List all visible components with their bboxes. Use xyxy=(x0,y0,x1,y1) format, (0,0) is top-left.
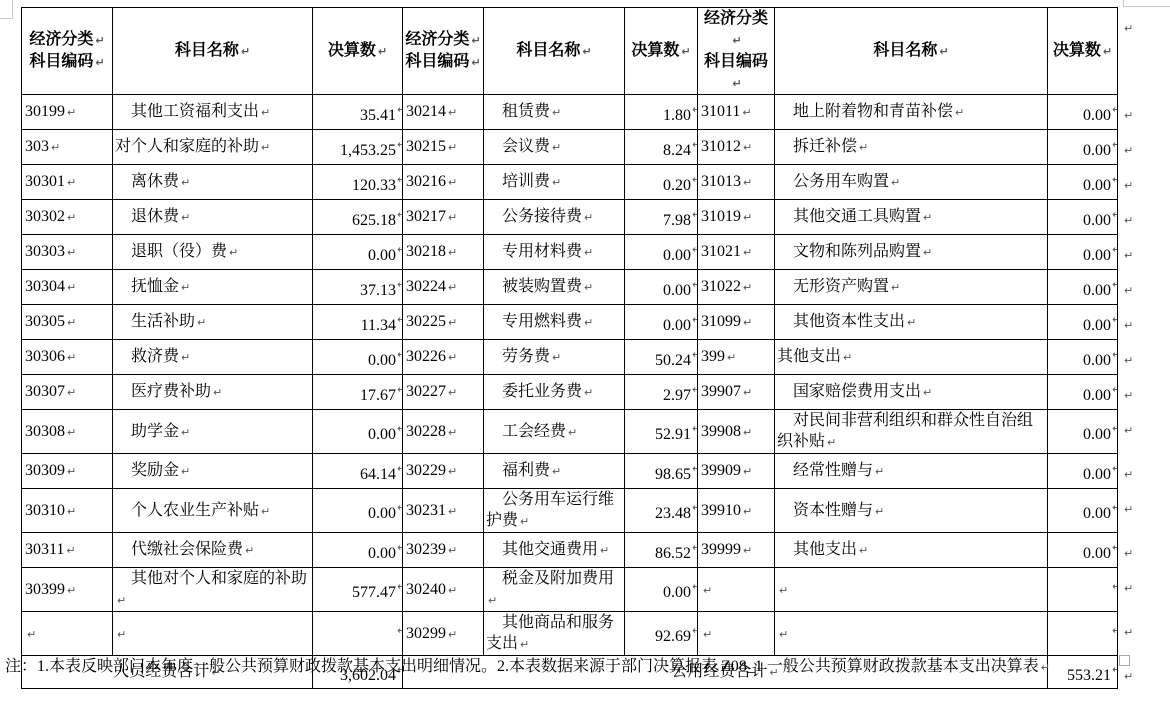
amount-cell[interactable]: 0.00↵ xyxy=(1048,533,1118,568)
subject-name: 会议费 xyxy=(502,138,550,155)
amount-cell[interactable]: 0.00↵ xyxy=(1048,200,1118,235)
subject-name-cell[interactable]: 其他商品和服务支出↵ xyxy=(484,612,625,656)
code-cell[interactable]: 30299↵ xyxy=(403,612,484,656)
name-header-label: 科目名称 xyxy=(873,42,937,59)
subject-name-cell[interactable]: 拆迁补偿↵ xyxy=(775,130,1048,165)
amount-cell[interactable]: 0.00↵ xyxy=(1048,489,1118,533)
paragraph-mark-icon: ↵ xyxy=(448,211,457,224)
code-value: 399 xyxy=(701,348,725,365)
paragraph-mark-icon: ↵ xyxy=(743,211,752,224)
code-value: 31021 xyxy=(701,243,741,260)
paragraph-mark-icon: ↵ xyxy=(1112,497,1117,518)
name-header[interactable]: 科目名称↵ xyxy=(113,8,313,95)
paragraph-mark-icon: ↵ xyxy=(1124,319,1133,332)
amount-value: 50.24 xyxy=(655,352,691,369)
subject-name: 公务接待费 xyxy=(502,208,582,225)
paragraph-mark-icon: ↵ xyxy=(1124,354,1133,367)
amount-value: 625.18 xyxy=(352,212,396,229)
paragraph-mark-icon: ↵ xyxy=(743,141,752,154)
subject-name-cell[interactable]: 培训费↵ xyxy=(484,165,625,200)
subject-name-cell[interactable]: 救济费↵ xyxy=(113,340,313,375)
subject-name-cell[interactable]: 其他支出↵ xyxy=(775,340,1048,375)
amount-cell[interactable]: 0.00↵ xyxy=(1048,340,1118,375)
code-cell[interactable]: 30308↵ xyxy=(22,410,113,454)
code-value: 30306 xyxy=(25,348,65,365)
code-cell[interactable]: 30224↵ xyxy=(403,270,484,305)
subject-name-cell[interactable]: 无形资产购置↵ xyxy=(775,270,1048,305)
paragraph-mark-icon: ↵ xyxy=(448,426,457,439)
code-header[interactable]: 经济分类↵科目编码↵ xyxy=(22,8,113,95)
code-cell[interactable]: 31019↵ xyxy=(698,200,775,235)
paragraph-mark-icon: ↵ xyxy=(67,176,76,189)
paragraph-mark-icon: ↵ xyxy=(397,134,402,155)
paragraph-mark-icon: ↵ xyxy=(923,246,932,259)
amount-cell[interactable]: 37.13↵ xyxy=(313,270,403,305)
subject-name: 生活补助 xyxy=(131,313,195,330)
amount-cell[interactable]: 0.00↵ xyxy=(1048,130,1118,165)
amount-cell[interactable]: 0.00↵ xyxy=(313,533,403,568)
subject-name: 劳务费 xyxy=(502,348,550,365)
subject-name-cell[interactable]: 抚恤金↵ xyxy=(113,270,313,305)
amount-value: 11.34 xyxy=(361,317,396,334)
amount-cell[interactable]: ↵ xyxy=(313,612,403,656)
subject-name: 其他工资福利支出 xyxy=(131,103,259,120)
subject-name: 离休费 xyxy=(131,173,179,190)
subject-name: 专用材料费 xyxy=(502,243,582,260)
amount-value: 0.00 xyxy=(1083,387,1111,404)
code-cell[interactable]: 30310↵ xyxy=(22,489,113,533)
amount-cell[interactable]: ↵ xyxy=(1048,568,1118,612)
code-cell[interactable]: 31013↵ xyxy=(698,165,775,200)
subject-name-cell[interactable]: 离休费↵ xyxy=(113,165,313,200)
amount-cell[interactable]: 1,453.25↵ xyxy=(313,130,403,165)
code-value: 39999 xyxy=(701,541,741,558)
table-resize-handle[interactable] xyxy=(1119,655,1130,666)
subject-name-cell[interactable]: 其他工资福利支出↵ xyxy=(113,95,313,130)
paragraph-mark-icon: ↵ xyxy=(584,386,593,399)
header-row: 经济分类↵科目编码↵科目名称↵决算数↵经济分类↵科目编码↵科目名称↵决算数↵经济… xyxy=(22,8,1162,95)
subject-name: 个人农业生产补贴 xyxy=(131,502,259,519)
code-cell[interactable]: 31012↵ xyxy=(698,130,775,165)
code-cell[interactable]: 39999↵ xyxy=(698,533,775,568)
paragraph-mark-icon: ↵ xyxy=(448,544,457,557)
subject-name-cell[interactable]: ↵ xyxy=(775,568,1048,612)
name-header[interactable]: 科目名称↵ xyxy=(484,8,625,95)
code-value: 31011 xyxy=(701,103,740,120)
table-row: 30311↵代缴社会保险费↵0.00↵30239↵其他交通费用↵86.52↵39… xyxy=(22,533,1162,568)
amount-header[interactable]: 决算数↵ xyxy=(1048,8,1118,95)
subject-name-cell[interactable]: 国家赔偿费用支出↵ xyxy=(775,375,1048,410)
amount-value: 0.00 xyxy=(663,317,691,334)
subject-name-cell[interactable]: 其他支出↵ xyxy=(775,533,1048,568)
paragraph-mark-icon: ↵ xyxy=(727,351,736,364)
code-cell[interactable]: 30217↵ xyxy=(403,200,484,235)
subject-name: 代缴社会保险费 xyxy=(131,541,243,558)
paragraph-mark-icon: ↵ xyxy=(229,246,238,259)
row-end-mark: ↵ xyxy=(1118,612,1162,656)
paragraph-mark-icon: ↵ xyxy=(397,497,402,518)
code-cell[interactable]: 30302↵ xyxy=(22,200,113,235)
subject-name-cell[interactable]: 公务接待费↵ xyxy=(484,200,625,235)
code-cell[interactable]: 30225↵ xyxy=(403,305,484,340)
amount-value: 577.47 xyxy=(352,584,396,601)
code-value: 30216 xyxy=(406,173,446,190)
subject-name-cell[interactable]: 其他交通工具购置↵ xyxy=(775,200,1048,235)
amount-cell[interactable]: ↵ xyxy=(1048,612,1118,656)
paragraph-mark-icon: ↵ xyxy=(488,594,497,607)
paragraph-mark-icon: ↵ xyxy=(378,45,387,58)
paragraph-mark-icon: ↵ xyxy=(732,77,741,90)
amount-value: 0.00 xyxy=(368,352,396,369)
subject-name-cell[interactable]: 专用燃料费↵ xyxy=(484,305,625,340)
code-cell[interactable]: 30214↵ xyxy=(403,95,484,130)
paragraph-mark-icon: ↵ xyxy=(471,56,480,69)
paragraph-mark-icon: ↵ xyxy=(51,141,60,154)
amount-cell[interactable]: 8.24↵ xyxy=(625,130,698,165)
row-end-mark: ↵ xyxy=(1118,533,1162,568)
paragraph-mark-icon: ↵ xyxy=(520,515,529,528)
paragraph-mark-icon: ↵ xyxy=(397,537,402,558)
code-cell[interactable]: 39908↵ xyxy=(698,410,775,454)
code-cell[interactable]: 31021↵ xyxy=(698,235,775,270)
subject-name-cell[interactable]: 专用材料费↵ xyxy=(484,235,625,270)
paragraph-mark-icon: ↵ xyxy=(584,316,593,329)
amount-value: 0.00 xyxy=(663,584,691,601)
subject-name-cell[interactable]: 租赁费↵ xyxy=(484,95,625,130)
table-row: 30305↵生活补助↵11.34↵30225↵专用燃料费↵0.00↵31099↵… xyxy=(22,305,1162,340)
paragraph-mark-icon: ↵ xyxy=(584,281,593,294)
paragraph-mark-icon: ↵ xyxy=(448,351,457,364)
subject-name-cell[interactable]: ↵ xyxy=(775,612,1048,656)
code-cell[interactable]: 31022↵ xyxy=(698,270,775,305)
code-cell[interactable]: ↵ xyxy=(698,612,775,656)
code-value: 30311 xyxy=(25,541,64,558)
paragraph-mark-icon: ↵ xyxy=(448,281,457,294)
paragraph-mark-icon: ↵ xyxy=(692,134,697,155)
name-header-label: 科目名称 xyxy=(175,42,239,59)
paragraph-mark-icon: ↵ xyxy=(27,628,36,641)
code-cell[interactable]: 30199↵ xyxy=(22,95,113,130)
subject-name: 培训费 xyxy=(502,173,550,190)
row-end-mark: ↵ xyxy=(1118,568,1162,612)
paragraph-mark-icon: ↵ xyxy=(1124,214,1133,227)
amount-cell[interactable]: 0.00↵ xyxy=(313,410,403,454)
paragraph-mark-icon: ↵ xyxy=(600,544,609,557)
paragraph-mark-icon: ↵ xyxy=(692,497,697,518)
subject-name-cell[interactable]: 会议费↵ xyxy=(484,130,625,165)
subject-name-cell[interactable]: 公务用车运行维护费↵ xyxy=(484,489,625,533)
amount-cell[interactable]: 0.00↵ xyxy=(625,235,698,270)
amount-cell[interactable]: 0.00↵ xyxy=(1048,235,1118,270)
subject-name-cell[interactable]: 退职（役）费↵ xyxy=(113,235,313,270)
amount-value: 0.00 xyxy=(1083,107,1111,124)
amount-value: 0.00 xyxy=(1083,212,1111,229)
subject-name-cell[interactable]: 福利费↵ xyxy=(484,454,625,489)
row-end-mark: ↵ xyxy=(1118,200,1162,235)
amount-cell[interactable]: 0.00↵ xyxy=(625,305,698,340)
amount-cell[interactable]: 625.18↵ xyxy=(313,200,403,235)
paragraph-mark-icon: ↵ xyxy=(66,544,75,557)
amount-cell[interactable]: 98.65↵ xyxy=(625,454,698,489)
note-text[interactable]: 注：1.本表反映部门本年度一般公共预算财政拨款基本支出明细情况。2.本表数据来源… xyxy=(5,657,1050,678)
paragraph-mark-icon: ↵ xyxy=(397,99,402,120)
code-header-line: 经济分类 xyxy=(704,10,768,27)
amount-cell[interactable]: 0.00↵ xyxy=(1048,454,1118,489)
code-value: 31099 xyxy=(701,313,741,330)
amount-value: 1.80 xyxy=(663,107,691,124)
subject-name-cell[interactable]: 奖励金↵ xyxy=(113,454,313,489)
subject-name-cell[interactable]: 其他交通费用↵ xyxy=(484,533,625,568)
amount-cell[interactable]: 0.00↵ xyxy=(313,489,403,533)
paragraph-mark-icon: ↵ xyxy=(448,246,457,259)
amount-cell[interactable]: 0.00↵ xyxy=(625,270,698,305)
subject-name: 对个人和家庭的补助 xyxy=(115,138,259,155)
subject-name-cell[interactable]: 工会经费↵ xyxy=(484,410,625,454)
amount-value: 7.98 xyxy=(663,212,691,229)
table-row: 30301↵离休费↵120.33↵30216↵培训费↵0.20↵31013↵公务… xyxy=(22,165,1162,200)
code-value: 39908 xyxy=(701,423,741,440)
amount-value: 64.14 xyxy=(360,466,396,483)
paragraph-mark-icon: ↵ xyxy=(1112,659,1117,680)
amount-value: 0.00 xyxy=(663,282,691,299)
paragraph-mark-icon: ↵ xyxy=(1124,468,1133,481)
subject-name-cell[interactable]: 文物和陈列品购置↵ xyxy=(775,235,1048,270)
amount-cell[interactable]: 50.24↵ xyxy=(625,340,698,375)
subject-name: 其他对个人和家庭的补助 xyxy=(131,570,307,587)
paragraph-mark-icon: ↵ xyxy=(67,584,76,597)
subject-name: 国家赔偿费用支出 xyxy=(793,383,921,400)
paragraph-mark-icon: ↵ xyxy=(197,316,206,329)
code-cell[interactable]: 30305↵ xyxy=(22,305,113,340)
code-cell[interactable]: 30399↵ xyxy=(22,568,113,612)
code-cell[interactable]: 39910↵ xyxy=(698,489,775,533)
code-cell[interactable]: 39907↵ xyxy=(698,375,775,410)
amount-cell[interactable]: 0.00↵ xyxy=(313,340,403,375)
amount-value: 0.00 xyxy=(1083,466,1111,483)
amount-header[interactable]: 决算数↵ xyxy=(625,8,698,95)
amount-cell[interactable]: 64.14↵ xyxy=(313,454,403,489)
amount-cell[interactable]: 0.00↵ xyxy=(313,235,403,270)
code-cell[interactable]: 30304↵ xyxy=(22,270,113,305)
code-value: 30307 xyxy=(25,383,65,400)
code-cell[interactable]: 30311↵ xyxy=(22,533,113,568)
subject-name-cell[interactable]: 医疗费补助↵ xyxy=(113,375,313,410)
paragraph-mark-icon: ↵ xyxy=(245,544,254,557)
paragraph-mark-icon: ↵ xyxy=(923,211,932,224)
subject-name: 经常性赠与 xyxy=(793,462,873,479)
code-value: 30215 xyxy=(406,138,446,155)
subject-name-cell[interactable]: 被装购置费↵ xyxy=(484,270,625,305)
amount-value: 98.65 xyxy=(655,466,691,483)
code-header[interactable]: 经济分类↵科目编码↵ xyxy=(698,8,775,95)
code-value: 30303 xyxy=(25,243,65,260)
subject-name: 其他商品和服务支出 xyxy=(486,614,614,652)
code-cell[interactable]: 30215↵ xyxy=(403,130,484,165)
amount-cell[interactable]: 2.97↵ xyxy=(625,375,698,410)
paragraph-mark-icon: ↵ xyxy=(692,458,697,479)
paragraph-mark-icon: ↵ xyxy=(1112,169,1117,190)
code-cell[interactable]: 30307↵ xyxy=(22,375,113,410)
paragraph-mark-icon: ↵ xyxy=(552,106,561,119)
amount-value: 0.20 xyxy=(663,177,691,194)
paragraph-mark-icon: ↵ xyxy=(692,239,697,260)
code-header-line: 经济分类 xyxy=(405,31,469,48)
subject-name: 其他资本性支出 xyxy=(793,313,905,330)
amount-value: 0.00 xyxy=(663,247,691,264)
code-cell[interactable]: 30229↵ xyxy=(403,454,484,489)
code-cell[interactable]: 31011↵ xyxy=(698,95,775,130)
amount-cell[interactable]: 0.00↵ xyxy=(1048,270,1118,305)
code-cell[interactable]: 31099↵ xyxy=(698,305,775,340)
amount-cell[interactable]: 23.48↵ xyxy=(625,489,698,533)
paragraph-mark-icon: ↵ xyxy=(181,211,190,224)
amount-header[interactable]: 决算数↵ xyxy=(313,8,403,95)
code-cell[interactable]: 30231↵ xyxy=(403,489,484,533)
name-header[interactable]: 科目名称↵ xyxy=(775,8,1048,95)
amount-value: 86.52 xyxy=(655,545,691,562)
code-cell[interactable]: 30301↵ xyxy=(22,165,113,200)
amount-value: 0.00 xyxy=(1083,317,1111,334)
paragraph-mark-icon: ↵ xyxy=(1112,344,1117,365)
paragraph-mark-icon: ↵ xyxy=(1124,503,1133,516)
amount-cell[interactable]: 0.00↵ xyxy=(1048,305,1118,340)
code-value: 30240 xyxy=(406,581,446,598)
amount-cell[interactable]: 17.67↵ xyxy=(313,375,403,410)
code-cell[interactable]: 30216↵ xyxy=(403,165,484,200)
paragraph-mark-icon: ↵ xyxy=(681,45,690,58)
code-cell[interactable]: 30228↵ xyxy=(403,410,484,454)
subject-name-cell[interactable]: 劳务费↵ xyxy=(484,340,625,375)
amount-cell[interactable]: 0.20↵ xyxy=(625,165,698,200)
paragraph-mark-icon: ↵ xyxy=(117,594,126,607)
amount-cell[interactable]: 0.00↵ xyxy=(625,568,698,612)
subject-name: 资本性赠与 xyxy=(793,502,873,519)
subject-name: 抚恤金 xyxy=(131,278,179,295)
amount-value: 92.69 xyxy=(655,628,691,645)
code-cell[interactable]: 30303↵ xyxy=(22,235,113,270)
subject-name-cell[interactable]: 助学金↵ xyxy=(113,410,313,454)
public-total-amount-cell[interactable]: 553.21↵ xyxy=(1048,656,1118,689)
code-cell[interactable]: 39909↵ xyxy=(698,454,775,489)
subject-name-cell[interactable]: 对个人和家庭的补助↵ xyxy=(113,130,313,165)
subject-name: 对民间非营利组织和群众性自治组织补贴 xyxy=(777,412,1033,450)
amount-cell[interactable]: 120.33↵ xyxy=(313,165,403,200)
paragraph-mark-icon: ↵ xyxy=(397,620,402,641)
code-cell[interactable]: 30239↵ xyxy=(403,533,484,568)
subject-name: 退职（役）费 xyxy=(131,243,227,260)
paragraph-mark-icon: ↵ xyxy=(742,106,751,119)
subject-name-cell[interactable]: 生活补助↵ xyxy=(113,305,313,340)
code-value: 30299 xyxy=(406,625,446,642)
subject-name-cell[interactable]: 代缴社会保险费↵ xyxy=(113,533,313,568)
amount-cell[interactable]: 0.00↵ xyxy=(1048,375,1118,410)
subject-name-cell[interactable]: 委托业务费↵ xyxy=(484,375,625,410)
code-cell[interactable]: 30309↵ xyxy=(22,454,113,489)
amount-cell[interactable]: 7.98↵ xyxy=(625,200,698,235)
subject-name-cell[interactable]: ↵ xyxy=(113,612,313,656)
subject-name-cell[interactable]: 个人农业生产补贴↵ xyxy=(113,489,313,533)
paragraph-mark-icon: ↵ xyxy=(67,106,76,119)
paragraph-mark-icon: ↵ xyxy=(743,176,752,189)
paragraph-mark-icon: ↵ xyxy=(692,169,697,190)
code-cell[interactable]: 30218↵ xyxy=(403,235,484,270)
subject-name-cell[interactable]: 资本性赠与↵ xyxy=(775,489,1048,533)
code-cell[interactable]: 30227↵ xyxy=(403,375,484,410)
paragraph-mark-icon: ↵ xyxy=(692,537,697,558)
subject-name-cell[interactable]: 经常性赠与↵ xyxy=(775,454,1048,489)
code-cell[interactable]: 30306↵ xyxy=(22,340,113,375)
paragraph-mark-icon: ↵ xyxy=(743,281,752,294)
row-end-mark: ↵ xyxy=(1118,270,1162,305)
paragraph-mark-icon: ↵ xyxy=(241,45,250,58)
subject-name-cell[interactable]: 其他资本性支出↵ xyxy=(775,305,1048,340)
paragraph-mark-icon: ↵ xyxy=(703,628,712,641)
code-cell[interactable]: 303↵ xyxy=(22,130,113,165)
code-cell[interactable]: 30226↵ xyxy=(403,340,484,375)
paragraph-mark-icon: ↵ xyxy=(939,45,948,58)
table-row: 303↵对个人和家庭的补助↵1,453.25↵30215↵会议费↵8.24↵31… xyxy=(22,130,1162,165)
subject-name-cell[interactable]: 税金及附加费用↵ xyxy=(484,568,625,612)
paragraph-mark-icon: ↵ xyxy=(1124,424,1133,437)
subject-name: 拆迁补偿 xyxy=(793,138,857,155)
code-cell[interactable]: ↵ xyxy=(698,568,775,612)
code-value: 30239 xyxy=(406,541,446,558)
paragraph-mark-icon: ↵ xyxy=(692,99,697,120)
amount-cell[interactable]: 92.69↵ xyxy=(625,612,698,656)
code-value: 30227 xyxy=(406,383,446,400)
amount-cell[interactable]: 0.00↵ xyxy=(1048,95,1118,130)
paragraph-mark-icon: ↵ xyxy=(1124,249,1133,262)
paragraph-mark-icon: ↵ xyxy=(181,281,190,294)
paragraph-mark-icon: ↵ xyxy=(1124,670,1133,683)
subject-name-cell[interactable]: 公务用车购置↵ xyxy=(775,165,1048,200)
code-header[interactable]: 经济分类↵科目编码↵ xyxy=(403,8,484,95)
code-cell[interactable]: 30240↵ xyxy=(403,568,484,612)
code-value: 30224 xyxy=(406,278,446,295)
amount-cell[interactable]: 11.34↵ xyxy=(313,305,403,340)
amount-cell[interactable]: 35.41↵ xyxy=(313,95,403,130)
paragraph-mark-icon: ↵ xyxy=(743,386,752,399)
table-row: 30303↵退职（役）费↵0.00↵30218↵专用材料费↵0.00↵31021… xyxy=(22,235,1162,270)
code-cell[interactable]: 399↵ xyxy=(698,340,775,375)
paragraph-mark-icon: ↵ xyxy=(1124,389,1133,402)
subject-name-cell[interactable]: 其他对个人和家庭的补助↵ xyxy=(113,568,313,612)
amount-cell[interactable]: 52.91↵ xyxy=(625,410,698,454)
paragraph-mark-icon: ↵ xyxy=(907,316,916,329)
paragraph-mark-icon: ↵ xyxy=(923,386,932,399)
subject-name-cell[interactable]: 退休费↵ xyxy=(113,200,313,235)
paragraph-mark-icon: ↵ xyxy=(397,204,402,225)
amount-value: 120.33 xyxy=(352,177,396,194)
subject-name-cell[interactable]: 地上附着物和青苗补偿↵ xyxy=(775,95,1048,130)
table-row: 30199↵其他工资福利支出↵35.41↵30214↵租赁费↵1.80↵3101… xyxy=(22,95,1162,130)
paragraph-mark-icon: ↵ xyxy=(743,544,752,557)
paragraph-mark-icon: ↵ xyxy=(67,246,76,259)
amount-cell[interactable]: 577.47↵ xyxy=(313,568,403,612)
subject-name-cell[interactable]: 对民间非营利组织和群众性自治组织补贴↵ xyxy=(775,410,1048,454)
amount-cell[interactable]: 1.80↵ xyxy=(625,95,698,130)
paragraph-mark-icon: ↵ xyxy=(859,141,868,154)
paragraph-mark-icon: ↵ xyxy=(692,620,697,641)
amount-value: 0.00 xyxy=(1083,142,1111,159)
amount-cell[interactable]: 86.52↵ xyxy=(625,533,698,568)
amount-value: 0.00 xyxy=(1083,545,1111,562)
paragraph-mark-icon: ↵ xyxy=(448,465,457,478)
amount-cell[interactable]: 0.00↵ xyxy=(1048,410,1118,454)
amount-cell[interactable]: 0.00↵ xyxy=(1048,165,1118,200)
code-cell[interactable]: ↵ xyxy=(22,612,113,656)
paragraph-mark-icon: ↵ xyxy=(1112,379,1117,400)
